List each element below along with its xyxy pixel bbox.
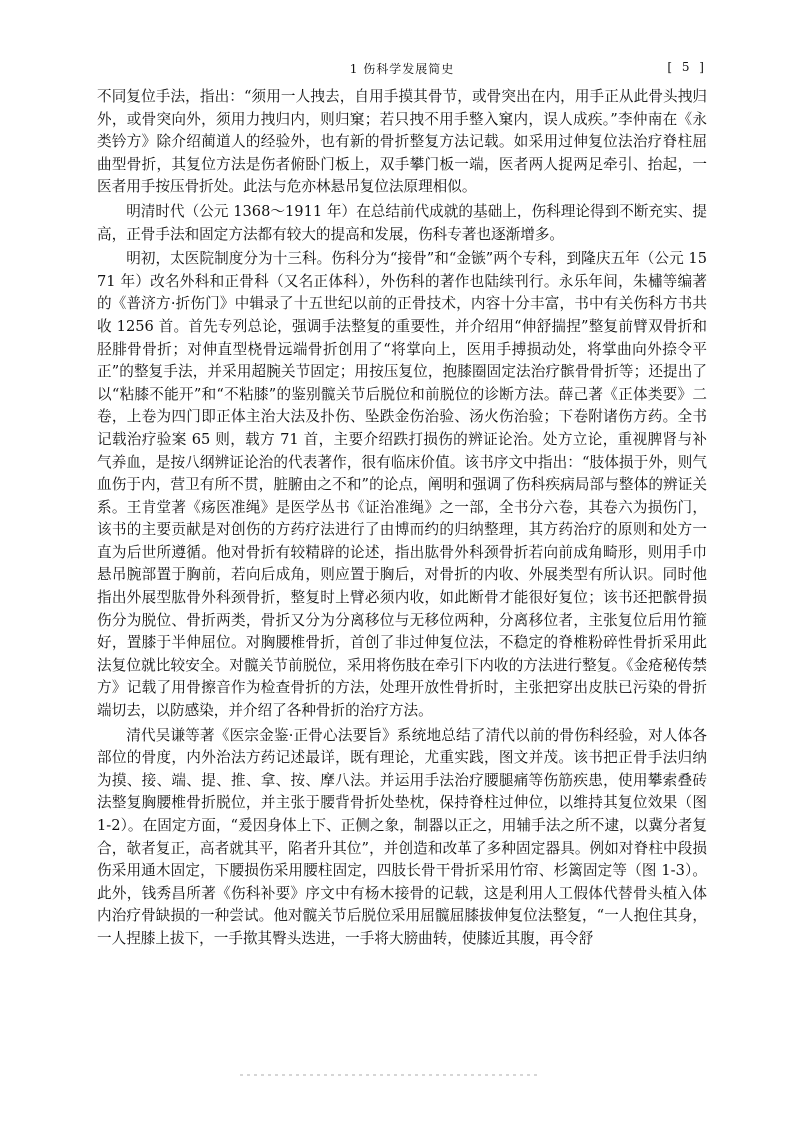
running-header: 1 伤科学发展简史 [ 5 ] [97,60,707,80]
paragraph-ming-qing-intro: 明清时代（公元 1368～1911 年）在总结前代成就的基础上，伤科理论得到不断… [97,201,707,246]
scan-artifact-line [240,1074,540,1076]
running-title: 1 伤科学发展简史 [97,60,707,77]
paragraph-continuation: 不同复位手法，指出：“须用一人拽去，自用手摸其骨节，或骨突出在内，用手正从此骨头… [97,86,707,199]
paragraph-early-ming: 明初，太医院制度分为十三科。伤科分为“接骨”和“金镞”两个专科，到隆庆五年（公元… [97,248,707,722]
page-number: [ 5 ] [667,60,707,74]
paragraph-qing-dynasty: 清代吴谦等著《医宗金鉴·正骨心法要旨》系统地总结了清代以前的骨伤科经验，对人体各… [97,725,707,951]
page-body: 不同复位手法，指出：“须用一人拽去，自用手摸其骨节，或骨突出在内，用手正从此骨头… [97,86,707,951]
